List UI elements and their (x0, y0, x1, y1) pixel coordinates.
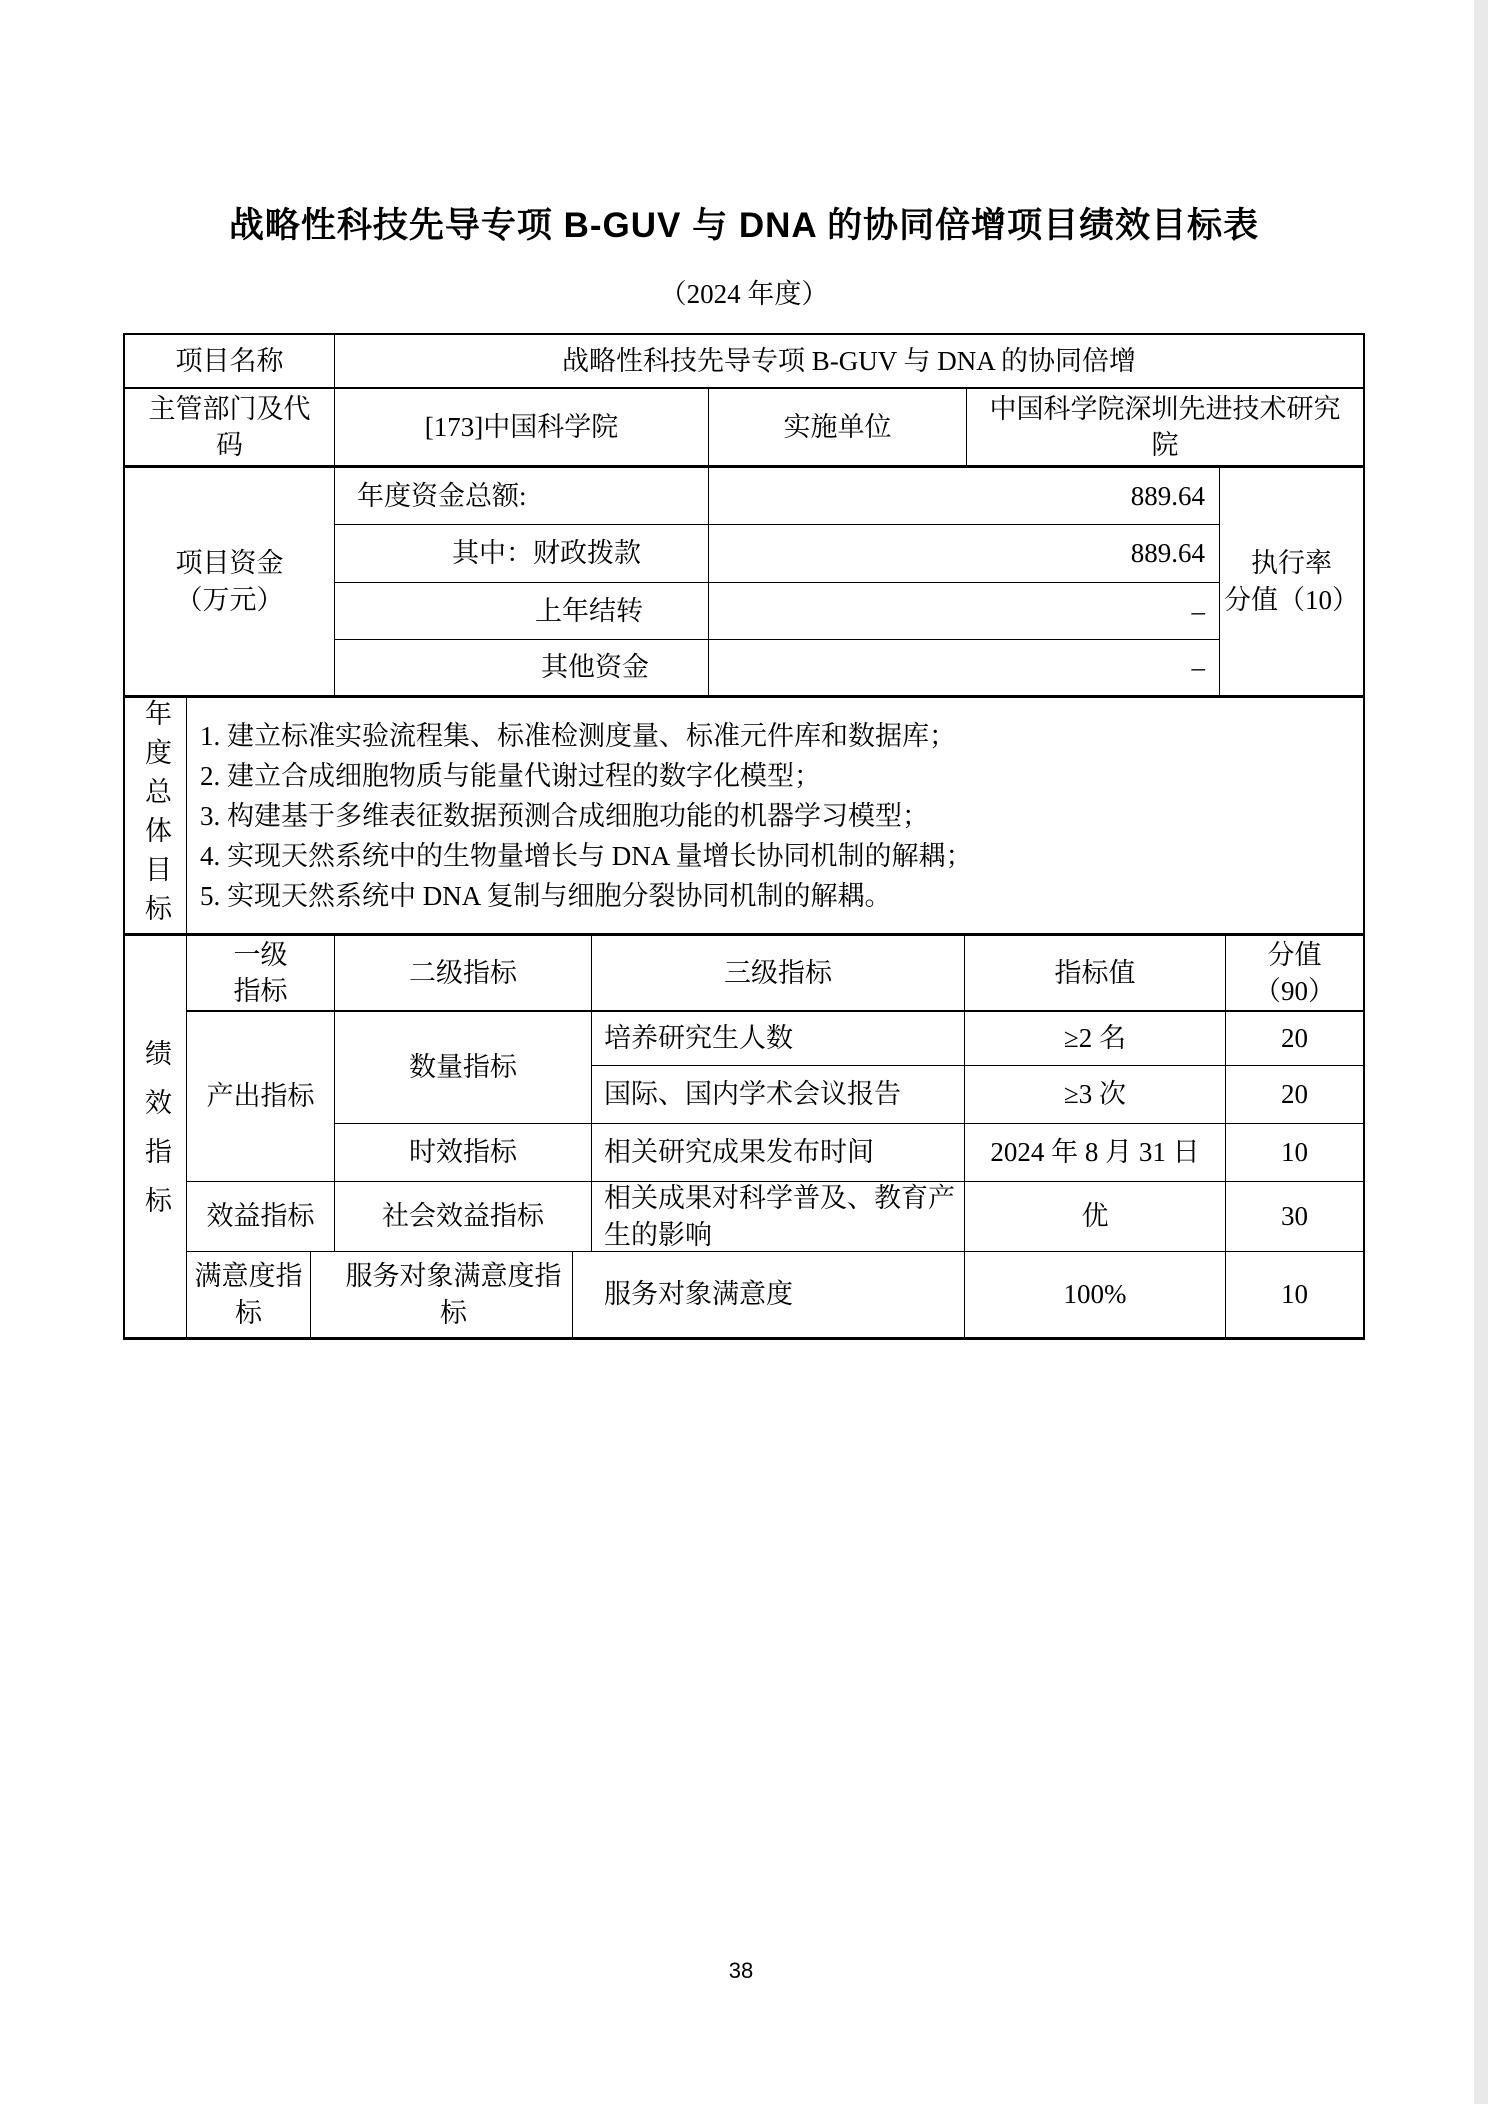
page-number: 38 (0, 1958, 1482, 1984)
funding-row-value: – (709, 583, 1220, 640)
funding-row-name: 其中：财政拨款 (335, 525, 709, 583)
indicator-value: 100% (965, 1252, 1226, 1337)
implementing-unit-label: 实施单位 (709, 389, 967, 465)
indicator-score: 20 (1226, 1066, 1363, 1124)
indicator-value: ≥3 次 (965, 1066, 1226, 1124)
annual-goals-content: 1. 建立标准实验流程集、标准检测度量、标准元件库和数据库； 2. 建立合成细胞… (187, 698, 1363, 933)
header-score: 分值 （90） (1226, 936, 1363, 1012)
level3-indicator: 相关研究成果发布时间 (592, 1124, 965, 1182)
header-level1: 一级 指标 (187, 936, 335, 1012)
annual-goals-label-text: 年度总体目标 (142, 699, 169, 933)
indicator-score: 10 (1226, 1124, 1363, 1182)
goal-item: 1. 建立标准实验流程集、标准检测度量、标准元件库和数据库； (200, 716, 956, 756)
funding-row-value: 889.64 (709, 525, 1220, 583)
indicators-section: 绩效指标 一级 指标 二级指标 三级指标 指标值 分值 （90） 产出指标 效益… (125, 933, 1363, 1337)
level2-quantity: 数量指标 (335, 1012, 592, 1124)
funding-row-value: 889.64 (709, 468, 1220, 525)
level1-satisfaction: 满意度指 标 (187, 1252, 311, 1337)
level3-indicator: 培养研究生人数 (592, 1012, 965, 1066)
header-value: 指标值 (965, 936, 1226, 1012)
goal-item: 4. 实现天然系统中的生物量增长与 DNA 量增长协同机制的解耦； (200, 836, 973, 876)
level2-social-benefit: 社会效益指标 (335, 1182, 592, 1252)
header-level2: 二级指标 (335, 936, 592, 1012)
funding-row-name: 其他资金 (335, 640, 709, 695)
document-page: 战略性科技先导专项 B-GUV 与 DNA 的协同倍增项目绩效目标表 （2024… (0, 0, 1488, 2104)
funding-row-name: 上年结转 (335, 583, 709, 640)
indicator-value: 2024 年 8 月 31 日 (965, 1124, 1226, 1182)
indicator-score: 10 (1226, 1252, 1363, 1337)
document-title: 战略性科技先导专项 B-GUV 与 DNA 的协同倍增项目绩效目标表 (0, 198, 1488, 248)
indicator-score: 30 (1226, 1182, 1363, 1252)
execution-rate-score-label: 执行率 分值（10） (1220, 468, 1363, 695)
level1-output: 产出指标 (187, 1012, 335, 1182)
funding-row-value: – (709, 640, 1220, 695)
department-value: [173]中国科学院 (335, 389, 709, 465)
indicator-value: ≥2 名 (965, 1012, 1226, 1066)
implementing-unit-value: 中国科学院深圳先进技术研究 院 (967, 389, 1363, 465)
funding-label: 项目资金 （万元） (125, 468, 335, 695)
indicator-score: 20 (1226, 1012, 1363, 1066)
header-level3: 三级指标 (592, 936, 965, 1012)
funding-row-name: 年度资金总额: (335, 468, 709, 525)
indicators-label-text: 绩效指标 (142, 1039, 169, 1235)
goal-item: 5. 实现天然系统中 DNA 复制与细胞分裂协同机制的解耦。 (200, 876, 892, 916)
level2-timeliness: 时效指标 (335, 1124, 592, 1182)
project-name-row: 项目名称 战略性科技先导专项 B-GUV 与 DNA 的协同倍增 (125, 335, 1363, 387)
department-label: 主管部门及代 码 (125, 389, 335, 465)
project-name-label: 项目名称 (125, 335, 335, 387)
goal-item: 2. 建立合成细胞物质与能量代谢过程的数字化模型； (200, 756, 821, 796)
indicator-value: 优 (965, 1182, 1226, 1252)
level2-service-satisfaction: 服务对象满意度指 标 (335, 1252, 573, 1337)
indicators-label: 绩效指标 (125, 936, 187, 1337)
performance-target-table: 项目名称 战略性科技先导专项 B-GUV 与 DNA 的协同倍增 主管部门及代 … (123, 333, 1365, 1340)
level1-benefit: 效益指标 (187, 1182, 335, 1252)
level3-indicator: 相关成果对科学普及、教育产 生的影响 (592, 1182, 965, 1252)
goal-item: 3. 构建基于多维表征数据预测合成细胞功能的机器学习模型； (200, 796, 929, 836)
level3-indicator: 国际、国内学术会议报告 (592, 1066, 965, 1124)
annual-goals-label: 年度总体目标 (125, 698, 187, 933)
annual-goals-row: 年度总体目标 1. 建立标准实验流程集、标准检测度量、标准元件库和数据库； 2.… (125, 695, 1363, 933)
scan-edge-shade (1474, 0, 1488, 2104)
level3-indicator: 服务对象满意度 (592, 1252, 965, 1337)
department-row: 主管部门及代 码 [173]中国科学院 实施单位 中国科学院深圳先进技术研究 院 (125, 387, 1363, 465)
project-name-value: 战略性科技先导专项 B-GUV 与 DNA 的协同倍增 (335, 335, 1363, 387)
funding-section: 项目资金 （万元） 年度资金总额: 889.64 其中：财政拨款 889.64 … (125, 465, 1363, 695)
document-subtitle: （2024 年度） (0, 272, 1488, 311)
